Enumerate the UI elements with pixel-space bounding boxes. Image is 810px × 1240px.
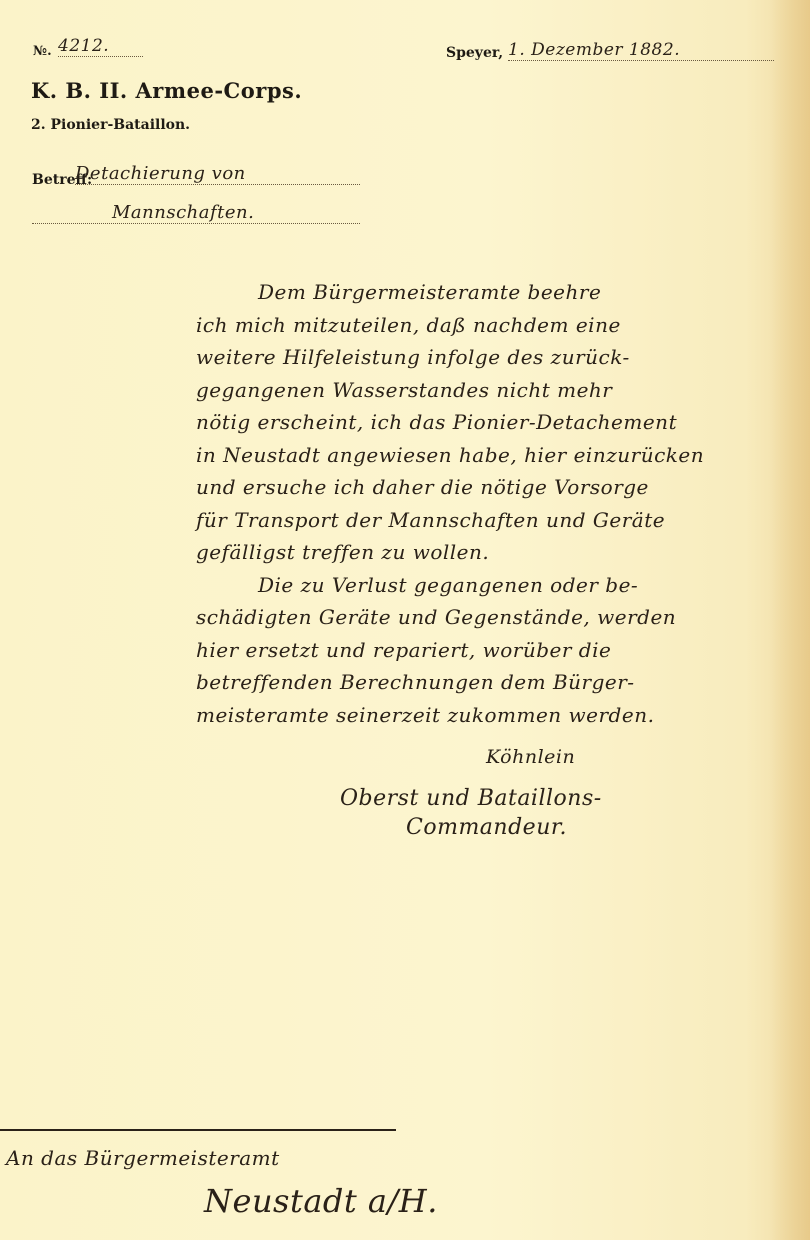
addressee: An das Bürgermeisteramt (6, 1146, 280, 1170)
signature-title-line-2: Commandeur. (406, 815, 567, 840)
document-number: 4212. (58, 36, 143, 57)
body-line: hier ersetzt und repariert, worüber die (196, 634, 786, 667)
letter-body: Dem Bürgermeisteramte beehre ich mich mi… (196, 276, 786, 731)
body-line: ich mich mitzuteilen, daß nachdem eine (196, 309, 786, 342)
signature-name: Köhnlein (486, 746, 575, 768)
body-line: schädigten Geräte und Gegenstände, werde… (196, 601, 786, 634)
place-label: Speyer, (446, 45, 503, 61)
body-line: betreffenden Berechnungen dem Bürger- (196, 666, 786, 699)
body-line: Dem Bürgermeisteramte beehre (196, 276, 786, 309)
signature-title-line-1: Oberst und Bataillons- (340, 786, 602, 811)
subject-line-1: Detachierung von (75, 163, 360, 185)
body-line: in Neustadt angewiesen habe, hier einzur… (196, 439, 786, 472)
addressee-city: Neustadt a/H. (204, 1182, 438, 1220)
footer-divider (0, 1129, 396, 1131)
body-line: meisteramte seinerzeit zukommen werden. (196, 699, 786, 732)
letter-page: №. 4212. Speyer, 1. Dezember 1882. K. B.… (0, 0, 810, 1240)
document-date: 1. Dezember 1882. (508, 40, 774, 61)
body-line: gegangenen Wasserstandes nicht mehr (196, 374, 786, 407)
letterhead-battalion: 2. Pionier-Bataillon. (31, 117, 190, 133)
body-line: nötig erscheint, ich das Pionier-Detache… (196, 406, 786, 439)
letterhead-corps: K. B. II. Armee-Corps. (31, 78, 302, 103)
number-label: №. (33, 44, 52, 59)
body-line: gefälligst treffen zu wollen. (196, 536, 786, 569)
body-line: weitere Hilfeleistung infolge des zurück… (196, 341, 786, 374)
body-line: Die zu Verlust gegangenen oder be- (196, 569, 786, 602)
body-line: und ersuche ich daher die nötige Vorsorg… (196, 471, 786, 504)
body-line: für Transport der Mannschaften und Gerät… (196, 504, 786, 537)
subject-line-2: Mannschaften. (32, 202, 360, 224)
